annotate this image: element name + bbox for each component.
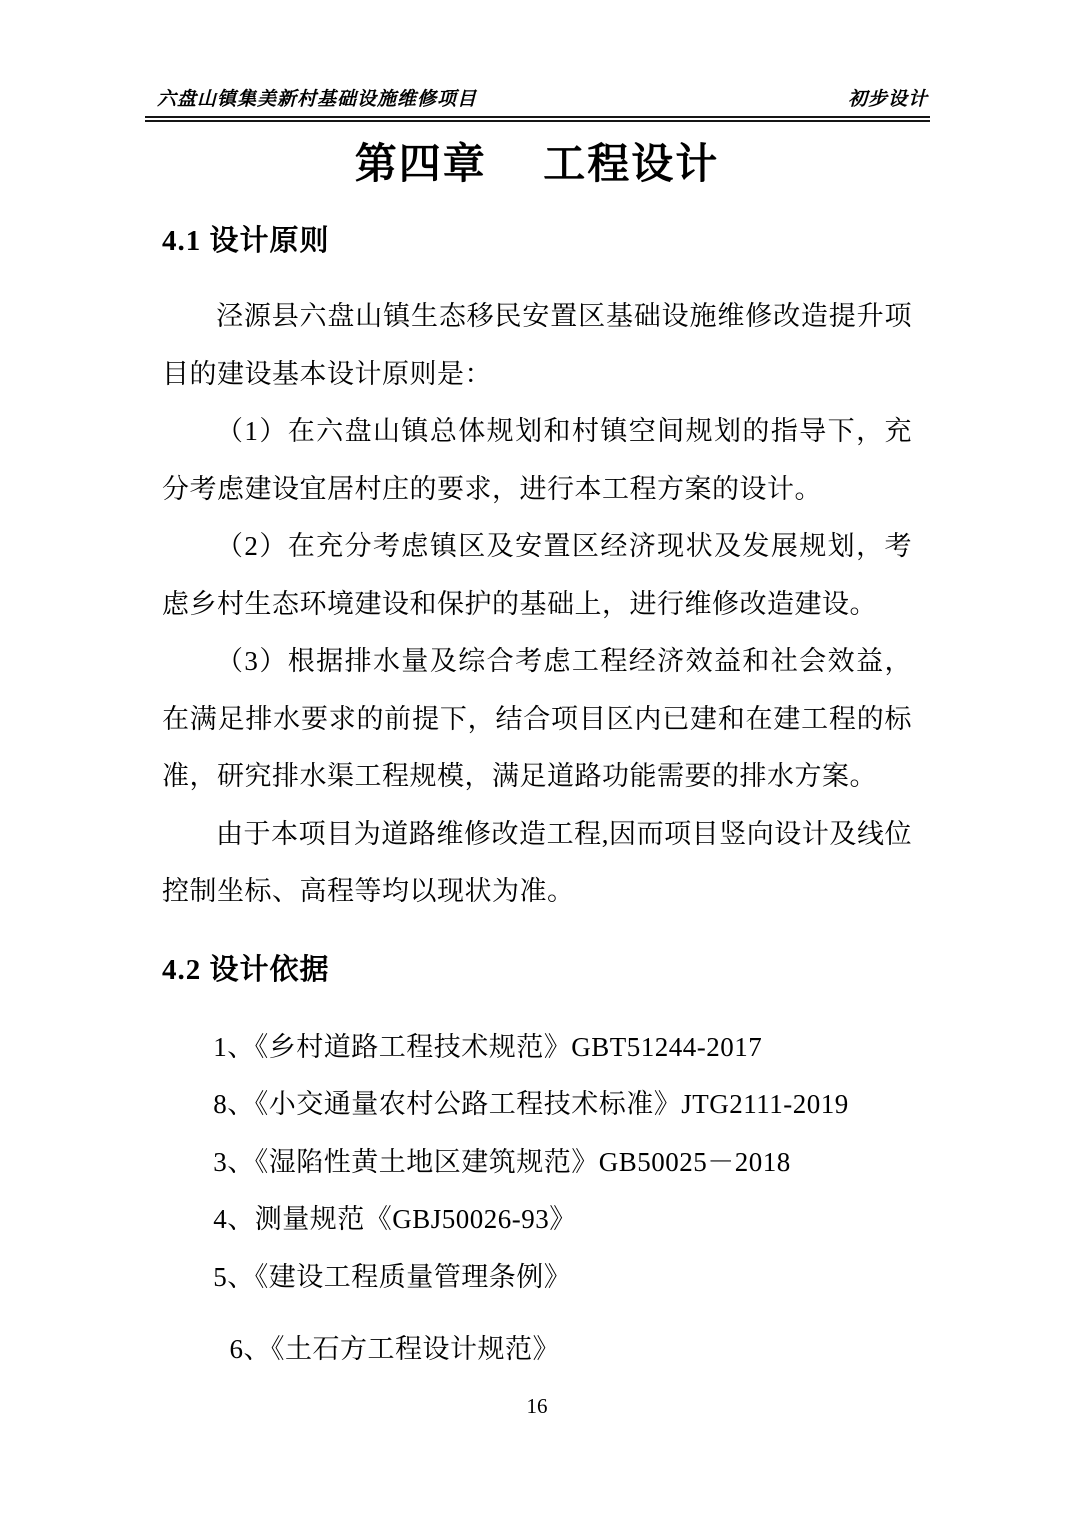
chapter-title: 第四章 工程设计 bbox=[162, 132, 912, 198]
reference-item-3: 3、《湿陷性黄土地区建筑规范》GB50025－2018 bbox=[162, 1134, 912, 1192]
paragraph-principle-1: （1）在六盘山镇总体规划和村镇空间规划的指导下，充分考虑建设宜居村庄的要求，进行… bbox=[162, 403, 912, 518]
paragraph-principle-3: （3）根据排水量及综合考虑工程经济效益和社会效益，在满足排水要求的前提下，结合项… bbox=[162, 633, 912, 806]
paragraph-principle-2: （2）在充分考虑镇区及安置区经济现状及发展规划，考虑乡村生态环境建设和保护的基础… bbox=[162, 518, 912, 633]
reference-list: 1、《乡村道路工程技术规范》GBT51244-2017 8、《小交通量农村公路工… bbox=[162, 1019, 912, 1379]
paragraph-intro: 泾源县六盘山镇生态移民安置区基础设施维修改造提升项目的建设基本设计原则是： bbox=[162, 288, 912, 403]
page-number: 16 bbox=[527, 1394, 548, 1418]
section-4-1-heading: 4.1 设计原则 bbox=[162, 218, 912, 264]
reference-item-4: 4、测量规范《GBJ50026-93》 bbox=[162, 1191, 912, 1249]
page-footer: 16 bbox=[0, 1394, 1074, 1419]
reference-item-1: 1、《乡村道路工程技术规范》GBT51244-2017 bbox=[162, 1019, 912, 1077]
page-content: 第四章 工程设计 4.1 设计原则 泾源县六盘山镇生态移民安置区基础设施维修改造… bbox=[162, 120, 912, 1379]
reference-item-2: 8、《小交通量农村公路工程技术标准》JTG2111-2019 bbox=[162, 1076, 912, 1134]
header-project-name: 六盘山镇集美新村基础设施维修项目 bbox=[157, 84, 477, 111]
page-header: 六盘山镇集美新村基础设施维修项目 初步设计 bbox=[145, 84, 930, 122]
paragraph-note: 由于本项目为道路维修改造工程,因而项目竖向设计及线位控制坐标、高程等均以现状为准… bbox=[162, 806, 912, 921]
section-4-2-heading: 4.2 设计依据 bbox=[162, 947, 912, 993]
document-page: 六盘山镇集美新村基础设施维修项目 初步设计 第四章 工程设计 4.1 设计原则 … bbox=[0, 0, 1074, 1520]
header-row: 六盘山镇集美新村基础设施维修项目 初步设计 bbox=[145, 84, 930, 111]
reference-item-5: 5、《建设工程质量管理条例》 bbox=[162, 1249, 912, 1307]
header-stage-label: 初步设计 bbox=[848, 84, 928, 111]
reference-item-6: 6、《土石方工程设计规范》 bbox=[162, 1321, 912, 1379]
